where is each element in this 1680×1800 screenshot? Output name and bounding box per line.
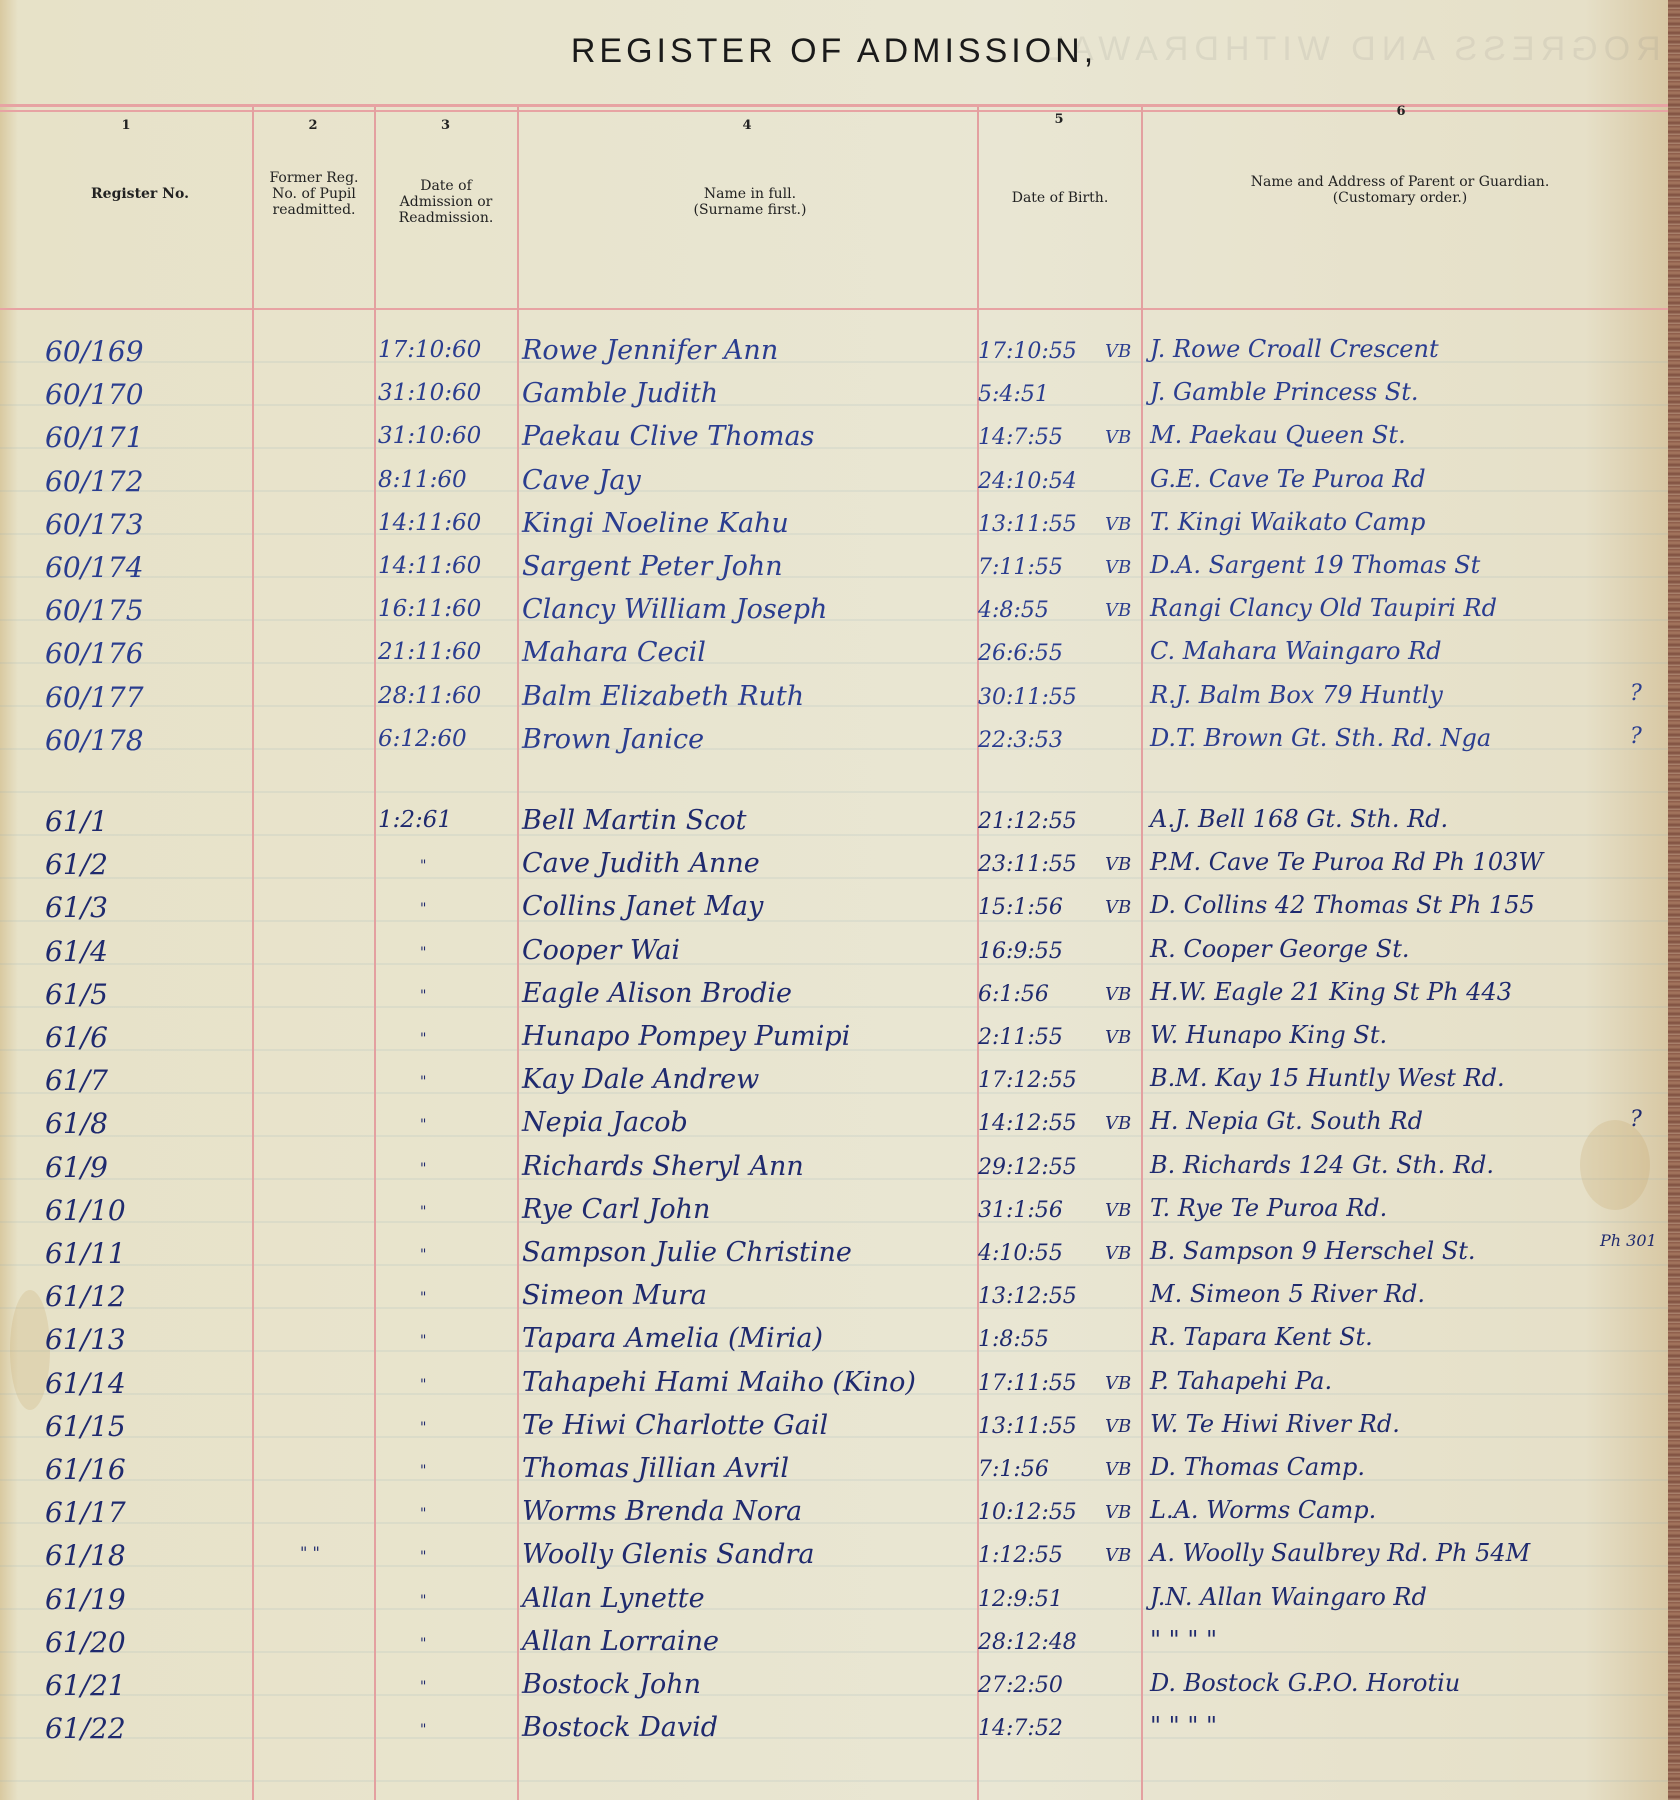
column-header-date-admission: Date of Admission or Readmission. — [384, 178, 508, 226]
vb-mark: VB — [1105, 1545, 1131, 1566]
register-number: 60/170 — [45, 378, 144, 411]
vb-mark: VB — [1105, 1113, 1131, 1134]
register-page: PROGRESS AND WITHDRAWAL REGISTER OF ADMI… — [0, 0, 1668, 1800]
register-entry-row: 61/15 " Te Hiwi Charlotte Gail 13:11:55 … — [0, 1410, 1668, 1453]
parent-name-address: T. Rye Te Puroa Rd. — [1150, 1194, 1387, 1222]
date-of-birth: 14:7:52 — [978, 1716, 1063, 1741]
pupil-name: Hunapo Pompey Pumipi — [522, 1021, 850, 1052]
pupil-name: Kingi Noeline Kahu — [522, 508, 789, 539]
register-number: 61/2 — [45, 848, 108, 881]
parent-name-address: " " " " — [1150, 1712, 1217, 1740]
column-number: 1 — [0, 118, 252, 133]
register-entry-row: 61/9 " Richards Sheryl Ann 29:12:55 B. R… — [0, 1151, 1668, 1194]
date-of-birth: 30:11:55 — [978, 685, 1077, 710]
margin-note: Ph 301 — [1600, 1231, 1657, 1250]
register-number: 61/17 — [45, 1496, 126, 1529]
date-of-birth: 28:12:48 — [978, 1630, 1077, 1655]
register-entry-row: 61/16 " Thomas Jillian Avril 7:1:56 VB D… — [0, 1453, 1668, 1496]
date-of-birth: 2:11:55 — [978, 1025, 1063, 1050]
register-number: 60/178 — [45, 724, 144, 757]
admission-date: 14:11:60 — [378, 510, 481, 536]
parent-name-address: M. Paekau Queen St. — [1150, 421, 1406, 449]
admission-date: " — [420, 1074, 426, 1090]
register-number: 61/21 — [45, 1669, 126, 1702]
column-number: 4 — [517, 118, 977, 133]
parent-name-address: R. Tapara Kent St. — [1150, 1323, 1373, 1351]
admission-date: 31:10:60 — [378, 380, 481, 406]
register-number: 60/169 — [45, 335, 144, 368]
register-entry-row: 60/170 31:10:60 Gamble Judith 5:4:51 J. … — [0, 378, 1668, 421]
column-header-name: Name in full. (Surname first.) — [670, 186, 830, 218]
register-entry-row: 61/20 " Allan Lorraine 28:12:48 " " " " — [0, 1626, 1668, 1669]
pupil-name: Eagle Alison Brodie — [522, 978, 792, 1009]
column-number: 5 — [977, 112, 1141, 127]
register-number: 61/15 — [45, 1410, 126, 1443]
register-number: 61/20 — [45, 1626, 126, 1659]
date-of-birth: 13:12:55 — [978, 1284, 1077, 1309]
pupil-name: Te Hiwi Charlotte Gail — [522, 1410, 828, 1441]
date-of-birth: 12:9:51 — [978, 1587, 1063, 1612]
parent-name-address: A. Woolly Saulbrey Rd. Ph 54M — [1150, 1539, 1530, 1567]
pupil-name: Paekau Clive Thomas — [522, 421, 814, 452]
vb-mark: VB — [1105, 897, 1131, 918]
register-number: 61/13 — [45, 1323, 126, 1356]
vb-mark: VB — [1105, 427, 1131, 448]
column-header-parent: Name and Address of Parent or Guardian. … — [1210, 174, 1590, 206]
register-entry-row: 60/169 17:10:60 Rowe Jennifer Ann 17:10:… — [0, 335, 1668, 378]
vb-mark: VB — [1105, 1027, 1131, 1048]
admission-date: " — [420, 1636, 426, 1652]
book-binding — [1668, 0, 1680, 1800]
column-number: 2 — [252, 118, 374, 133]
date-of-birth: 16:9:55 — [978, 939, 1063, 964]
admission-date: " — [420, 1506, 426, 1522]
date-of-birth: 1:8:55 — [978, 1327, 1049, 1352]
register-number: 60/175 — [45, 594, 144, 627]
date-of-birth: 27:2:50 — [978, 1673, 1063, 1698]
register-number: 61/6 — [45, 1021, 108, 1054]
pupil-name: Sargent Peter John — [522, 551, 783, 582]
admission-date: " — [420, 901, 426, 917]
register-number: 61/8 — [45, 1107, 108, 1140]
parent-name-address: B. Richards 124 Gt. Sth. Rd. — [1150, 1151, 1494, 1179]
pupil-name: Brown Janice — [522, 724, 704, 755]
admission-date: 31:10:60 — [378, 423, 481, 449]
register-number: 61/5 — [45, 978, 108, 1011]
register-entry-row: 61/1 1:2:61 Bell Martin Scot 21:12:55 A.… — [0, 805, 1668, 848]
date-of-birth: 15:1:56 — [978, 895, 1063, 920]
date-of-birth: 21:12:55 — [978, 809, 1077, 834]
register-number: 61/16 — [45, 1453, 126, 1486]
register-entry-row: 61/2 " Cave Judith Anne 23:11:55 VB P.M.… — [0, 848, 1668, 891]
parent-name-address: J. Gamble Princess St. — [1150, 378, 1419, 406]
parent-name-address: D.T. Brown Gt. Sth. Rd. Nga — [1150, 724, 1491, 752]
pupil-name: Cave Jay — [522, 465, 641, 496]
former-reg-number: " " — [300, 1543, 320, 1562]
vb-mark: VB — [1105, 1200, 1131, 1221]
pupil-name: Richards Sheryl Ann — [522, 1151, 804, 1182]
parent-name-address: L.A. Worms Camp. — [1150, 1496, 1376, 1524]
admission-date: 1:2:61 — [378, 807, 452, 833]
pupil-name: Tahapehi Hami Maiho (Kino) — [522, 1367, 916, 1398]
date-of-birth: 4:10:55 — [978, 1241, 1063, 1266]
date-of-birth: 17:11:55 — [978, 1371, 1077, 1396]
date-of-birth: 24:10:54 — [978, 469, 1077, 494]
page-title: REGISTER OF ADMISSION, — [0, 32, 1668, 71]
register-number: 61/22 — [45, 1712, 126, 1745]
pupil-name: Bell Martin Scot — [522, 805, 747, 836]
admission-date: " — [420, 1161, 426, 1177]
admission-date: 6:12:60 — [378, 726, 467, 752]
margin-note: ? — [1630, 1107, 1642, 1132]
pupil-name: Nepia Jacob — [522, 1107, 688, 1138]
margin-note: ? — [1630, 681, 1642, 706]
parent-name-address: W. Hunapo King St. — [1150, 1021, 1387, 1049]
header-bottom-rule — [0, 308, 1668, 310]
date-of-birth: 10:12:55 — [978, 1500, 1077, 1525]
parent-name-address: J.N. Allan Waingaro Rd — [1150, 1583, 1427, 1611]
vb-mark: VB — [1105, 1373, 1131, 1394]
parent-name-address: Rangi Clancy Old Taupiri Rd — [1150, 594, 1497, 622]
pupil-name: Bostock John — [522, 1669, 701, 1700]
register-number: 61/9 — [45, 1151, 108, 1184]
vb-mark: VB — [1105, 600, 1131, 621]
admission-date: " — [420, 1463, 426, 1479]
vb-mark: VB — [1105, 984, 1131, 1005]
column-number: 3 — [374, 118, 517, 133]
date-of-birth: 17:10:55 — [978, 339, 1077, 364]
parent-name-address: D. Thomas Camp. — [1150, 1453, 1365, 1481]
admission-date: " — [420, 1333, 426, 1349]
parent-name-address: C. Mahara Waingaro Rd — [1150, 637, 1442, 665]
admission-date: " — [420, 1204, 426, 1220]
column-header-former-reg: Former Reg. No. of Pupil readmitted. — [262, 170, 366, 218]
register-entry-row: 61/4 " Cooper Wai 16:9:55 R. Cooper Geor… — [0, 935, 1668, 978]
admission-date: " — [420, 1420, 426, 1436]
register-entry-row: 60/175 16:11:60 Clancy William Joseph 4:… — [0, 594, 1668, 637]
pupil-name: Worms Brenda Nora — [522, 1496, 802, 1527]
vb-mark: VB — [1105, 1243, 1131, 1264]
date-of-birth: 5:4:51 — [978, 382, 1049, 407]
register-entry-row: 61/6 " Hunapo Pompey Pumipi 2:11:55 VB W… — [0, 1021, 1668, 1064]
date-of-birth: 17:12:55 — [978, 1068, 1077, 1093]
date-of-birth: 29:12:55 — [978, 1155, 1077, 1180]
date-of-birth: 6:1:56 — [978, 982, 1049, 1007]
register-number: 61/12 — [45, 1280, 126, 1313]
register-entry-row: 61/19 " Allan Lynette 12:9:51 J.N. Allan… — [0, 1583, 1668, 1626]
register-number: 60/172 — [45, 465, 144, 498]
pupil-name: Allan Lorraine — [522, 1626, 719, 1657]
parent-name-address: T. Kingi Waikato Camp — [1150, 508, 1425, 536]
pupil-name: Tapara Amelia (Miria) — [522, 1323, 823, 1354]
register-number: 61/3 — [45, 891, 108, 924]
admission-date: 17:10:60 — [378, 337, 481, 363]
parent-name-address: H.W. Eagle 21 King St Ph 443 — [1150, 978, 1512, 1006]
register-entry-row: 60/176 21:11:60 Mahara Cecil 26:6:55 C. … — [0, 637, 1668, 680]
vb-mark: VB — [1105, 1459, 1131, 1480]
admission-date: " — [420, 988, 426, 1004]
admission-date: 28:11:60 — [378, 683, 481, 709]
parent-name-address: " " " " — [1150, 1626, 1217, 1654]
register-number: 61/11 — [45, 1237, 126, 1270]
parent-name-address: J. Rowe Croall Crescent — [1150, 335, 1439, 363]
pupil-name: Rye Carl John — [522, 1194, 710, 1225]
register-number: 60/176 — [45, 637, 144, 670]
pupil-name: Simeon Mura — [522, 1280, 707, 1311]
admission-date: " — [420, 1117, 426, 1133]
pupil-name: Allan Lynette — [522, 1583, 705, 1614]
register-entry-row: 61/8 " Nepia Jacob 14:12:55 VB H. Nepia … — [0, 1107, 1668, 1150]
admission-date: " — [420, 1290, 426, 1306]
register-entry-row: 61/5 " Eagle Alison Brodie 6:1:56 VB H.W… — [0, 978, 1668, 1021]
date-of-birth: 13:11:55 — [978, 1414, 1077, 1439]
admission-date: " — [420, 1722, 426, 1738]
pupil-name: Gamble Judith — [522, 378, 718, 409]
register-entry-row: 61/21 " Bostock John 27:2:50 D. Bostock … — [0, 1669, 1668, 1712]
register-entry-row: 60/172 8:11:60 Cave Jay 24:10:54 G.E. Ca… — [0, 465, 1668, 508]
parent-name-address: D. Bostock G.P.O. Horotiu — [1150, 1669, 1460, 1697]
admission-date: 16:11:60 — [378, 596, 481, 622]
pupil-name: Balm Elizabeth Ruth — [522, 681, 804, 712]
register-number: 60/177 — [45, 681, 144, 714]
register-entry-row: 61/18 " " " Woolly Glenis Sandra 1:12:55… — [0, 1539, 1668, 1582]
date-of-birth: 7:1:56 — [978, 1457, 1049, 1482]
vb-mark: VB — [1105, 1416, 1131, 1437]
admission-date: " — [420, 945, 426, 961]
register-number: 61/10 — [45, 1194, 126, 1227]
date-of-birth: 14:7:55 — [978, 425, 1063, 450]
parent-name-address: B. Sampson 9 Herschel St. — [1150, 1237, 1476, 1265]
admission-date: " — [420, 1593, 426, 1609]
pupil-name: Collins Janet May — [522, 891, 763, 922]
parent-name-address: D. Collins 42 Thomas St Ph 155 — [1150, 891, 1535, 919]
admission-date: " — [420, 1549, 426, 1565]
date-of-birth: 31:1:56 — [978, 1198, 1063, 1223]
register-number: 60/173 — [45, 508, 144, 541]
register-number: 60/174 — [45, 551, 144, 584]
register-entry-row: 61/7 " Kay Dale Andrew 17:12:55 B.M. Kay… — [0, 1064, 1668, 1107]
admission-date: 21:11:60 — [378, 639, 481, 665]
register-entry-row: 60/178 6:12:60 Brown Janice 22:3:53 D.T.… — [0, 724, 1668, 767]
vb-mark: VB — [1105, 854, 1131, 875]
register-entry-row: 61/10 " Rye Carl John 31:1:56 VB T. Rye … — [0, 1194, 1668, 1237]
parent-name-address: M. Simeon 5 River Rd. — [1150, 1280, 1425, 1308]
parent-name-address: R.J. Balm Box 79 Huntly — [1150, 681, 1443, 709]
date-of-birth: 23:11:55 — [978, 852, 1077, 877]
register-entry-row: 61/12 " Simeon Mura 13:12:55 M. Simeon 5… — [0, 1280, 1668, 1323]
register-entry-row: 61/17 " Worms Brenda Nora 10:12:55 VB L.… — [0, 1496, 1668, 1539]
date-of-birth: 14:12:55 — [978, 1111, 1077, 1136]
column-header-register-no: Register No. — [60, 186, 220, 202]
pupil-name: Woolly Glenis Sandra — [522, 1539, 814, 1570]
date-of-birth: 13:11:55 — [978, 512, 1077, 537]
register-number: 61/4 — [45, 935, 108, 968]
date-of-birth: 1:12:55 — [978, 1543, 1063, 1568]
date-of-birth: 22:3:53 — [978, 728, 1063, 753]
pupil-name: Kay Dale Andrew — [522, 1064, 759, 1095]
admission-date: " — [420, 1247, 426, 1263]
parent-name-address: B.M. Kay 15 Huntly West Rd. — [1150, 1064, 1505, 1092]
register-number: 61/14 — [45, 1367, 126, 1400]
admission-date: " — [420, 1679, 426, 1695]
pupil-name: Rowe Jennifer Ann — [522, 335, 778, 366]
register-number: 61/7 — [45, 1064, 108, 1097]
register-number: 60/171 — [45, 421, 144, 454]
register-entry-row: 60/177 28:11:60 Balm Elizabeth Ruth 30:1… — [0, 681, 1668, 724]
vb-mark: VB — [1105, 557, 1131, 578]
admission-date: " — [420, 1031, 426, 1047]
register-entry-row: 60/171 31:10:60 Paekau Clive Thomas 14:7… — [0, 421, 1668, 464]
column-number: 6 — [1141, 104, 1661, 119]
admission-date: " — [420, 1377, 426, 1393]
pupil-name: Thomas Jillian Avril — [522, 1453, 789, 1484]
admission-date: " — [420, 858, 426, 874]
register-entry-row: 60/174 14:11:60 Sargent Peter John 7:11:… — [0, 551, 1668, 594]
parent-name-address: D.A. Sargent 19 Thomas St — [1150, 551, 1480, 579]
register-number: 61/18 — [45, 1539, 126, 1572]
vb-mark: VB — [1105, 341, 1131, 362]
pupil-name: Cooper Wai — [522, 935, 680, 966]
vb-mark: VB — [1105, 514, 1131, 535]
register-number: 61/19 — [45, 1583, 126, 1616]
register-number: 61/1 — [45, 805, 108, 838]
register-entry-row: 61/13 " Tapara Amelia (Miria) 1:8:55 R. … — [0, 1323, 1668, 1366]
parent-name-address: P.M. Cave Te Puroa Rd Ph 103W — [1150, 848, 1543, 876]
admission-date: 8:11:60 — [378, 467, 467, 493]
register-entry-row: 61/14 " Tahapehi Hami Maiho (Kino) 17:11… — [0, 1367, 1668, 1410]
parent-name-address: P. Tahapehi Pa. — [1150, 1367, 1332, 1395]
pupil-name: Mahara Cecil — [522, 637, 706, 668]
parent-name-address: W. Te Hiwi River Rd. — [1150, 1410, 1400, 1438]
vb-mark: VB — [1105, 1502, 1131, 1523]
parent-name-address: H. Nepia Gt. South Rd — [1150, 1107, 1423, 1135]
pupil-name: Bostock David — [522, 1712, 718, 1743]
column-header-dob: Date of Birth. — [990, 190, 1130, 206]
parent-name-address: G.E. Cave Te Puroa Rd — [1150, 465, 1426, 493]
admission-date: 14:11:60 — [378, 553, 481, 579]
pupil-name: Cave Judith Anne — [522, 848, 760, 879]
margin-note: ? — [1630, 724, 1642, 749]
pupil-name: Sampson Julie Christine — [522, 1237, 852, 1268]
pupil-name: Clancy William Joseph — [522, 594, 827, 625]
parent-name-address: A.J. Bell 168 Gt. Sth. Rd. — [1150, 805, 1448, 833]
register-entry-row: 60/173 14:11:60 Kingi Noeline Kahu 13:11… — [0, 508, 1668, 551]
date-of-birth: 7:11:55 — [978, 555, 1063, 580]
register-entry-row: 61/22 " Bostock David 14:7:52 " " " " — [0, 1712, 1668, 1755]
register-entry-row: 61/3 " Collins Janet May 15:1:56 VB D. C… — [0, 891, 1668, 934]
register-entry-row: 61/11 " Sampson Julie Christine 4:10:55 … — [0, 1237, 1668, 1280]
date-of-birth: 4:8:55 — [978, 598, 1049, 623]
parent-name-address: R. Cooper George St. — [1150, 935, 1409, 963]
date-of-birth: 26:6:55 — [978, 641, 1063, 666]
